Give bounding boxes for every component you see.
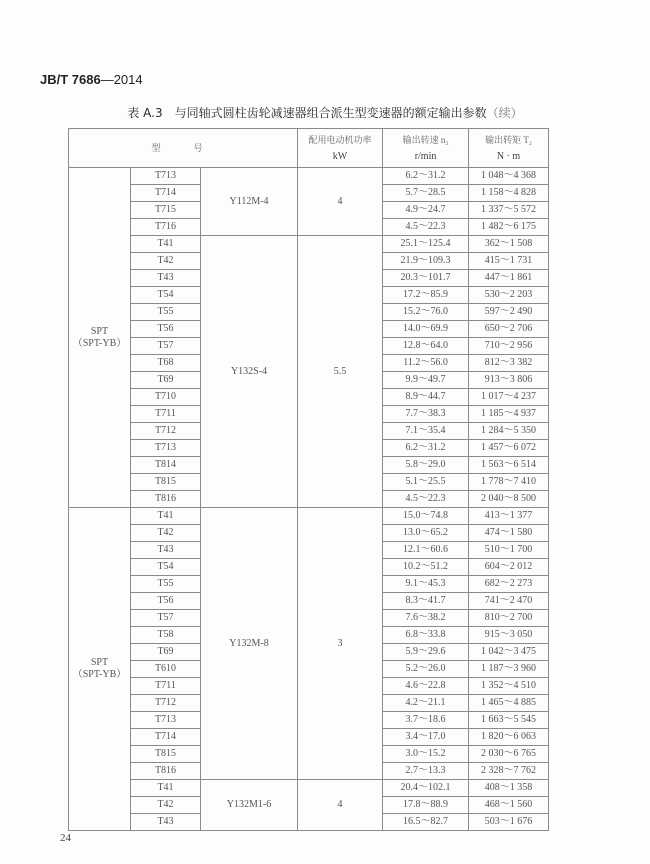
speed-cell: 12.8～64.0 [383, 338, 469, 355]
power-cell: 4 [298, 780, 383, 831]
speed-cell: 4.5～22.3 [383, 491, 469, 508]
speed-cell: 9.1～45.3 [383, 576, 469, 593]
torque-cell: 413～1 377 [469, 508, 549, 525]
model-cell: T42 [131, 797, 201, 814]
torque-cell: 530～2 203 [469, 287, 549, 304]
model-cell: T713 [131, 712, 201, 729]
speed-cell: 7.6～38.2 [383, 610, 469, 627]
motor-cell: Y132M-8 [201, 508, 298, 780]
speed-cell: 17.8～88.9 [383, 797, 469, 814]
model-cell: T712 [131, 695, 201, 712]
torque-cell: 682～2 273 [469, 576, 549, 593]
header-power: 配用电动机功率kW [298, 129, 383, 168]
torque-cell: 2 328～7 762 [469, 763, 549, 780]
speed-cell: 4.6～22.8 [383, 678, 469, 695]
speed-cell: 7.1～35.4 [383, 423, 469, 440]
power-cell: 5.5 [298, 236, 383, 508]
torque-cell: 1 284～5 350 [469, 423, 549, 440]
speed-cell: 11.2～56.0 [383, 355, 469, 372]
header-torque: 输出转矩 T₂N · m [469, 129, 549, 168]
speed-cell: 5.2～26.0 [383, 661, 469, 678]
speed-cell: 4.9～24.7 [383, 202, 469, 219]
speed-cell: 3.4～17.0 [383, 729, 469, 746]
torque-cell: 415～1 731 [469, 253, 549, 270]
torque-cell: 1 352～4 510 [469, 678, 549, 695]
model-cell: T69 [131, 644, 201, 661]
table-row: SPT（SPT-YB）T41Y132M-8315.0～74.8413～1 377 [69, 508, 549, 525]
standard-code-number: JB/T 7686 [40, 72, 101, 87]
model-cell: T43 [131, 542, 201, 559]
model-cell: T43 [131, 814, 201, 831]
table-continued-label: （续） [487, 106, 523, 120]
table-row: T41Y132M1-6420.4～102.1408～1 358 [69, 780, 549, 797]
torque-cell: 2 040～8 500 [469, 491, 549, 508]
series-cell: SPT（SPT-YB） [69, 508, 131, 831]
torque-cell: 913～3 806 [469, 372, 549, 389]
speed-cell: 4.2～21.1 [383, 695, 469, 712]
torque-cell: 1 017～4 237 [469, 389, 549, 406]
standard-code-year: —2014 [101, 72, 143, 87]
page-number: 24 [60, 832, 71, 844]
series-alt-name: （SPT-YB） [69, 338, 130, 350]
speed-cell: 5.8～29.0 [383, 457, 469, 474]
power-cell: 3 [298, 508, 383, 780]
torque-cell: 710～2 956 [469, 338, 549, 355]
model-cell: T815 [131, 474, 201, 491]
model-cell: T714 [131, 729, 201, 746]
speed-cell: 5.9～29.6 [383, 644, 469, 661]
torque-cell: 810～2 700 [469, 610, 549, 627]
torque-cell: 1 663～5 545 [469, 712, 549, 729]
series-name: SPT [69, 657, 130, 669]
torque-cell: 597～2 490 [469, 304, 549, 321]
speed-cell: 2.7～13.3 [383, 763, 469, 780]
torque-cell: 812～3 382 [469, 355, 549, 372]
torque-cell: 1 337～5 572 [469, 202, 549, 219]
torque-cell: 1 778～7 410 [469, 474, 549, 491]
model-cell: T42 [131, 253, 201, 270]
torque-cell: 604～2 012 [469, 559, 549, 576]
model-cell: T54 [131, 559, 201, 576]
model-cell: T610 [131, 661, 201, 678]
speed-cell: 6.8～33.8 [383, 627, 469, 644]
series-alt-name: （SPT-YB） [69, 669, 130, 681]
model-cell: T43 [131, 270, 201, 287]
header-power-label: 配用电动机功率 [309, 135, 372, 145]
motor-cell: Y112M-4 [201, 168, 298, 236]
speed-cell: 7.7～38.3 [383, 406, 469, 423]
header-speed-unit: r/min [383, 151, 468, 163]
model-cell: T55 [131, 304, 201, 321]
torque-cell: 474～1 580 [469, 525, 549, 542]
model-cell: T714 [131, 185, 201, 202]
motor-cell: Y132S-4 [201, 236, 298, 508]
speed-cell: 12.1～60.6 [383, 542, 469, 559]
torque-cell: 915～3 050 [469, 627, 549, 644]
torque-cell: 468～1 560 [469, 797, 549, 814]
table-title-text: 表 A.3 与同轴式圆柱齿轮减速器组合派生型变速器的额定输出参数 [127, 106, 486, 120]
table-row: T41Y132S-45.525.1～125.4362～1 508 [69, 236, 549, 253]
torque-cell: 650～2 706 [469, 321, 549, 338]
model-cell: T710 [131, 389, 201, 406]
model-cell: T42 [131, 525, 201, 542]
speed-cell: 4.5～22.3 [383, 219, 469, 236]
torque-cell: 503～1 676 [469, 814, 549, 831]
torque-cell: 1 048～4 368 [469, 168, 549, 185]
torque-cell: 447～1 861 [469, 270, 549, 287]
model-cell: T57 [131, 338, 201, 355]
model-cell: T55 [131, 576, 201, 593]
speed-cell: 6.2～31.2 [383, 440, 469, 457]
torque-cell: 741～2 470 [469, 593, 549, 610]
speed-cell: 15.2～76.0 [383, 304, 469, 321]
torque-cell: 408～1 358 [469, 780, 549, 797]
torque-cell: 1 820～6 063 [469, 729, 549, 746]
model-cell: T41 [131, 508, 201, 525]
torque-cell: 1 187～3 960 [469, 661, 549, 678]
torque-cell: 1 042～3 475 [469, 644, 549, 661]
header-power-unit: kW [298, 151, 382, 163]
speed-cell: 14.0～69.9 [383, 321, 469, 338]
model-cell: T816 [131, 763, 201, 780]
speed-cell: 8.3～41.7 [383, 593, 469, 610]
model-cell: T711 [131, 678, 201, 695]
speed-cell: 20.4～102.1 [383, 780, 469, 797]
torque-cell: 1 563～6 514 [469, 457, 549, 474]
speed-cell: 13.0～65.2 [383, 525, 469, 542]
torque-cell: 2 030～6 765 [469, 746, 549, 763]
header-speed-label: 输出转速 n₂ [403, 135, 449, 145]
speed-cell: 25.1～125.4 [383, 236, 469, 253]
speed-cell: 15.0～74.8 [383, 508, 469, 525]
torque-cell: 1 465～4 885 [469, 695, 549, 712]
motor-cell: Y132M1-6 [201, 780, 298, 831]
model-cell: T57 [131, 610, 201, 627]
standard-code: JB/T 7686—2014 [40, 72, 143, 87]
speed-cell: 8.9～44.7 [383, 389, 469, 406]
table-body: SPT（SPT-YB）T713Y112M-446.2～31.21 048～4 3… [69, 168, 549, 831]
speed-cell: 5.1～25.5 [383, 474, 469, 491]
model-cell: T58 [131, 627, 201, 644]
table-title: 表 A.3 与同轴式圆柱齿轮减速器组合派生型变速器的额定输出参数（续） [0, 104, 650, 121]
torque-cell: 362～1 508 [469, 236, 549, 253]
model-cell: T54 [131, 287, 201, 304]
model-cell: T712 [131, 423, 201, 440]
model-cell: T69 [131, 372, 201, 389]
model-cell: T68 [131, 355, 201, 372]
torque-cell: 1 185～4 937 [469, 406, 549, 423]
model-cell: T713 [131, 168, 201, 185]
torque-cell: 1 158～4 828 [469, 185, 549, 202]
header-speed: 输出转速 n₂r/min [383, 129, 469, 168]
series-name: SPT [69, 326, 130, 338]
table-row: SPT（SPT-YB）T713Y112M-446.2～31.21 048～4 3… [69, 168, 549, 185]
torque-cell: 1 482～6 175 [469, 219, 549, 236]
power-cell: 4 [298, 168, 383, 236]
model-cell: T814 [131, 457, 201, 474]
speed-cell: 10.2～51.2 [383, 559, 469, 576]
torque-cell: 510～1 700 [469, 542, 549, 559]
model-cell: T715 [131, 202, 201, 219]
torque-cell: 1 457～6 072 [469, 440, 549, 457]
rated-output-parameters-table: 型 号 配用电动机功率kW 输出转速 n₂r/min 输出转矩 T₂N · m … [68, 128, 549, 831]
model-cell: T816 [131, 491, 201, 508]
speed-cell: 16.5～82.7 [383, 814, 469, 831]
speed-cell: 17.2～85.9 [383, 287, 469, 304]
model-cell: T56 [131, 321, 201, 338]
model-cell: T41 [131, 780, 201, 797]
series-cell: SPT（SPT-YB） [69, 168, 131, 508]
model-cell: T716 [131, 219, 201, 236]
model-cell: T56 [131, 593, 201, 610]
header-torque-label: 输出转矩 T₂ [485, 135, 532, 145]
model-cell: T41 [131, 236, 201, 253]
model-cell: T713 [131, 440, 201, 457]
speed-cell: 9.9～49.7 [383, 372, 469, 389]
model-cell: T711 [131, 406, 201, 423]
speed-cell: 6.2～31.2 [383, 168, 469, 185]
table-header-row: 型 号 配用电动机功率kW 输出转速 n₂r/min 输出转矩 T₂N · m [69, 129, 549, 168]
speed-cell: 5.7～28.5 [383, 185, 469, 202]
speed-cell: 3.0～15.2 [383, 746, 469, 763]
speed-cell: 21.9～109.3 [383, 253, 469, 270]
header-torque-unit: N · m [469, 151, 548, 163]
header-model: 型 号 [69, 129, 298, 168]
speed-cell: 3.7～18.6 [383, 712, 469, 729]
model-cell: T815 [131, 746, 201, 763]
speed-cell: 20.3～101.7 [383, 270, 469, 287]
